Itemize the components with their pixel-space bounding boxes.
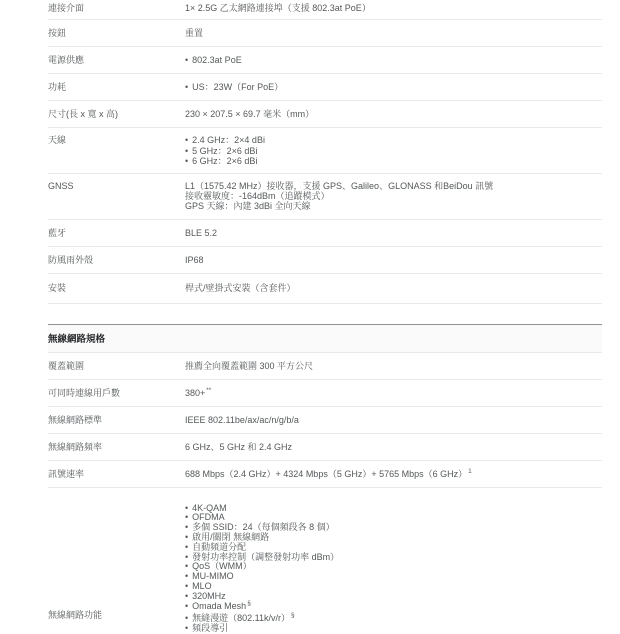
feature-item: QoS（WMM） [185, 562, 602, 572]
spec-label: 藍牙 [48, 228, 185, 238]
spec-row-dimensions: 尺寸(長 x 寬 x 高) 230 × 207.5 × 69.7 毫米（mm） [48, 101, 602, 128]
bullet-item: 5 GHz：2×6 dBi [185, 146, 602, 156]
spec-value-line: L1（1575.42 MHz）接收器，支援 GPS、Galileo、GLONAS… [185, 181, 602, 191]
footnote-marker: ** [206, 387, 211, 394]
spec-value: 推薦全向覆蓋範圍 300 平方公尺 [185, 361, 602, 371]
spec-row-wireless-standards: 無線網路標準 IEEE 802.11be/ax/ac/n/g/b/a [48, 407, 602, 434]
bullet-list: 2.4 GHz：2×4 dBi 5 GHz：2×6 dBi 6 GHz：2×6 … [185, 135, 602, 166]
spec-value: 6 GHz、5 GHz 和 2.4 GHz [185, 442, 602, 452]
spec-value-text: 688 Mbps（2.4 GHz）+ 4324 Mbps（5 GHz）+ 576… [185, 469, 467, 479]
spec-row-wireless-functions: 無線網路功能 4K-QAM OFDMA 多個 SSID：24（每個頻段各 8 個… [48, 488, 602, 620]
feature-item: 4K-QAM [185, 504, 602, 514]
feature-list: 4K-QAM OFDMA 多個 SSID：24（每個頻段各 8 個） 啟用/關閉… [185, 504, 602, 620]
spec-row-enclosure: 防風雨外殼 IP68 [48, 247, 602, 274]
feature-text: Omada Mesh [192, 601, 246, 611]
spec-value: US：23W（For PoE） [185, 82, 602, 92]
feature-item: 無縫漫遊（802.11k/v/r）§ [185, 614, 602, 620]
spec-label: 可同時連線用戶數 [48, 388, 185, 398]
spec-row-concurrent-clients: 可同時連線用戶數 380+** [48, 380, 602, 407]
bullet-item: US：23W（For PoE） [185, 82, 602, 92]
spec-row-signal-rate: 訊號速率 688 Mbps（2.4 GHz）+ 4324 Mbps（5 GHz）… [48, 461, 602, 488]
bullet-item: 802.3at PoE [185, 55, 602, 65]
spec-row-antenna: 天線 2.4 GHz：2×4 dBi 5 GHz：2×6 dBi 6 GHz：2… [48, 128, 602, 174]
feature-item: 啟用/關閉 無線網路 [185, 533, 602, 543]
spec-value: 802.3at PoE [185, 55, 602, 65]
spec-label: 防風雨外殼 [48, 255, 185, 265]
spec-label: 安裝 [48, 283, 185, 293]
spec-label: 覆蓋範圍 [48, 361, 185, 371]
spec-row-mounting: 安裝 桿式/壁掛式安裝（含套件） [48, 274, 602, 304]
spec-value: IEEE 802.11be/ax/ac/n/g/b/a [185, 415, 602, 425]
footnote-marker: 1 [468, 468, 472, 475]
feature-item: MU-MIMO [185, 572, 602, 582]
spec-value: 688 Mbps（2.4 GHz）+ 4324 Mbps（5 GHz）+ 576… [185, 469, 602, 479]
spec-value: IP68 [185, 255, 602, 265]
feature-item: Omada Mesh§ [185, 602, 602, 612]
feature-text: 無縫漫遊（802.11k/v/r） [192, 613, 290, 620]
spec-value: 1× 2.5G 乙太網路連接埠（支援 802.3at PoE） [185, 3, 602, 13]
spec-value-line: GPS 天線：內建 3dBi 全向天線 [185, 201, 602, 211]
spec-value-text: 380+ [185, 388, 205, 398]
spec-value: 重置 [185, 28, 602, 38]
spec-value: BLE 5.2 [185, 228, 602, 238]
bullet-item: 6 GHz：2×6 dBi [185, 156, 602, 166]
spec-row-interface: 連接介面 1× 2.5G 乙太網路連接埠（支援 802.3at PoE） [48, 0, 602, 20]
footnote-marker: § [247, 600, 251, 607]
spec-label: 無線網路頻率 [48, 442, 185, 452]
spec-value: 380+** [185, 388, 602, 398]
spec-label: 電源供應 [48, 55, 185, 65]
spec-value-line: 接收靈敏度：-164dBm（追蹤模式） [185, 191, 602, 201]
spec-label: 尺寸(長 x 寬 x 高) [48, 109, 185, 119]
spec-row-power-consumption: 功耗 US：23W（For PoE） [48, 74, 602, 101]
spec-value: 2.4 GHz：2×4 dBi 5 GHz：2×6 dBi 6 GHz：2×6 … [185, 135, 602, 166]
bullet-item: 2.4 GHz：2×4 dBi [185, 135, 602, 145]
spec-value: 4K-QAM OFDMA 多個 SSID：24（每個頻段各 8 個） 啟用/關閉… [185, 504, 602, 620]
spec-value: 230 × 207.5 × 69.7 毫米（mm） [185, 109, 602, 119]
spec-label: 無線網路功能 [48, 610, 185, 620]
spec-label: 天線 [48, 135, 185, 166]
spec-value: L1（1575.42 MHz）接收器，支援 GPS、Galileo、GLONAS… [185, 181, 602, 212]
spec-label: 功耗 [48, 82, 185, 92]
spec-row-button: 按鈕 重置 [48, 20, 602, 47]
spec-table: 連接介面 1× 2.5G 乙太網路連接埠（支援 802.3at PoE） 按鈕 … [48, 0, 602, 620]
spec-row-bluetooth: 藍牙 BLE 5.2 [48, 220, 602, 247]
footnote-marker: § [291, 612, 295, 619]
spec-row-power-supply: 電源供應 802.3at PoE [48, 47, 602, 74]
spec-label: GNSS [48, 181, 185, 212]
spec-label: 無線網路標準 [48, 415, 185, 425]
spec-row-coverage: 覆蓋範圍 推薦全向覆蓋範圍 300 平方公尺 [48, 353, 602, 380]
spec-row-frequency: 無線網路頻率 6 GHz、5 GHz 和 2.4 GHz [48, 434, 602, 461]
section-header-wireless: 無線網路規格 [48, 324, 602, 353]
spec-label: 按鈕 [48, 28, 185, 38]
spec-label: 訊號速率 [48, 469, 185, 479]
spec-row-gnss: GNSS L1（1575.42 MHz）接收器，支援 GPS、Galileo、G… [48, 174, 602, 220]
feature-item: MLO [185, 582, 602, 592]
bullet-list: US：23W（For PoE） [185, 82, 602, 92]
spec-value: 桿式/壁掛式安裝（含套件） [185, 283, 602, 293]
bullet-list: 802.3at PoE [185, 55, 602, 65]
spec-label: 連接介面 [48, 3, 185, 13]
